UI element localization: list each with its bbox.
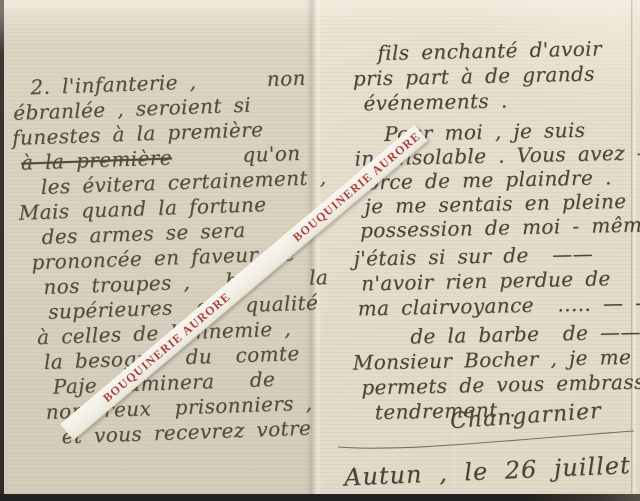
paragraph: fils enchanté d'avoir pris part à de gra… [334,36,640,117]
signature-flourish [336,426,636,452]
photo-edge-bottom [0,494,640,501]
handwritten-line: événements . [335,86,640,117]
handwritten-line: possession de moi - même , [338,213,640,243]
handwritten-line: ma clairvoyance ..... — - [339,290,640,321]
photo-edge-left [0,0,4,501]
letter-paper: 2. l'infanterie , non ébranlée , seroien… [4,0,640,494]
handwritten-text: qu'on [171,141,300,169]
paragraph: j'étais si sur de —— n'avoir rien perdue… [338,241,640,322]
handwriting-right-page: fils enchanté d'avoir pris part à de gra… [334,30,640,426]
letter-photo: 2. l'infanterie , non ébranlée , seroien… [0,0,640,501]
